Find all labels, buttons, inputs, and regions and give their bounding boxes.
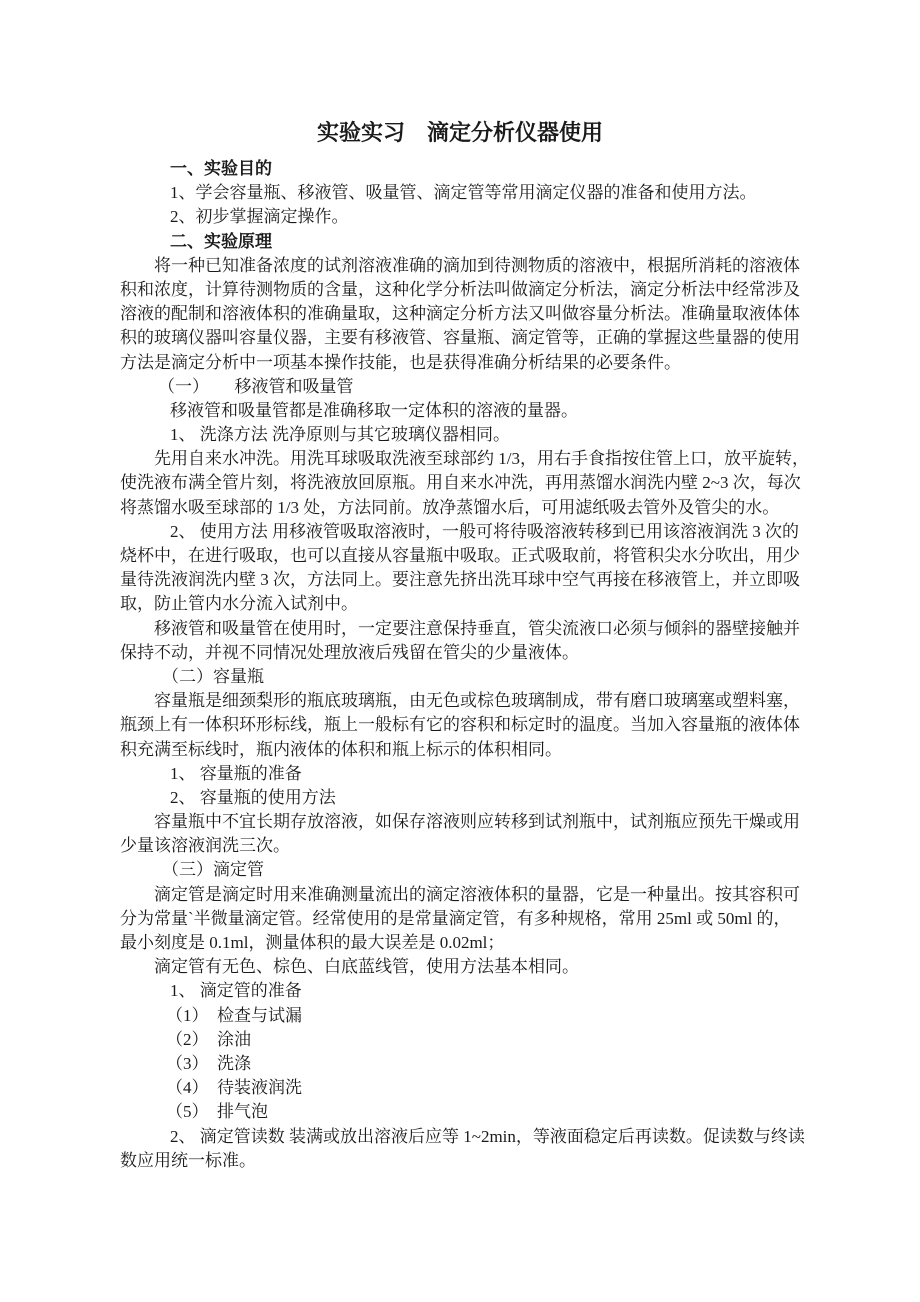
text-line: 烧杯中，在进行吸取，也可以直接从容量瓶中吸取。正式吸取前，将管积尖水分吹出，用少 (120, 544, 796, 568)
text-line: 少量该溶液润洗三次。 (120, 834, 796, 858)
text-line: 数应用统一标准。 (120, 1149, 796, 1173)
text-line: 使洗液布满全管片刻，将洗液放回原瓶。用自来水冲洗，再用蒸馏水润洗内壁 2~3 次… (120, 471, 796, 495)
text-line: 保持不动，并视不同情况处理放液后残留在管尖的少量液体。 (120, 641, 796, 665)
text-line: 先用自来水冲洗。用洗耳球吸取洗液至球部约 1/3，用右手食指按住管上口，放平旋转… (154, 447, 796, 471)
document-title: 实验实习 滴定分析仪器使用 (0, 118, 920, 148)
section-heading: 一、实验目的 (170, 157, 796, 181)
text-line: 瓶颈上有一体积环形标线，瓶上一般标有它的容积和标定时的温度。当加入容量瓶的液体体 (120, 713, 796, 737)
text-line: 2、 容量瓶的使用方法 (170, 786, 796, 810)
text-line: 分为常量`半微量滴定管。经常使用的是常量滴定管，有多种规格，常用 25ml 或 … (120, 907, 796, 931)
text-line: （4） 待装液润洗 (166, 1076, 796, 1100)
text-line: 溶液的配制和溶液体积的准确量取，这种滴定分析方法又叫做容量分析法。准确量取液体体 (120, 302, 796, 326)
text-line: 将蒸馏水吸至球部的 1/3 处，方法同前。放净蒸馏水后，可用滤纸吸去管外及管尖的… (120, 496, 796, 520)
section-heading: 二、实验原理 (170, 230, 796, 254)
text-line: 方法是滴定分析中一项基本操作技能，也是获得准确分析结果的必要条件。 (120, 351, 796, 375)
text-line: 滴定管有无色、棕色、白底蓝线管，使用方法基本相同。 (154, 955, 796, 979)
text-line: 容量瓶是细颈梨形的瓶底玻璃瓶，由无色或棕色玻璃制成，带有磨口玻璃塞或塑料塞， (154, 689, 796, 713)
text-line: 2、 滴定管读数 装满或放出溶液后应等 1~2min，等液面稳定后再读数。促读数… (170, 1125, 796, 1149)
text-line: 积和浓度，计算待测物质的含量，这种化学分析法叫做滴定分析法，滴定分析法中经常涉及 (120, 278, 796, 302)
text-line: （2） 涂油 (166, 1028, 796, 1052)
text-line: 移液管和吸量管都是准确移取一定体积的溶液的量器。 (170, 399, 796, 423)
text-line: 移液管和吸量管在使用时，一定要注意保持垂直，管尖流液口必须与倾斜的器壁接触并 (154, 617, 796, 641)
text-line: 滴定管是滴定时用来准确测量流出的滴定溶液体积的量器，它是一种量出。按其容积可 (154, 883, 796, 907)
text-line: （一） 移液管和吸量管 (158, 375, 796, 399)
text-line: （三）滴定管 (162, 858, 796, 882)
text-line: 积充满至标线时，瓶内液体的体积和瓶上标示的体积相同。 (120, 738, 796, 762)
text-line: 2、初步掌握滴定操作。 (170, 205, 796, 229)
text-line: 将一种已知准备浓度的试剂溶液准确的滴加到待测物质的溶液中，根据所消耗的溶液体 (154, 254, 796, 278)
text-line: 1、 滴定管的准备 (170, 979, 796, 1003)
text-line: 量待洗液润洗内壁 3 次，方法同上。要注意先挤出洗耳球中空气再接在移液管上，并立… (120, 568, 796, 592)
text-line: （3） 洗涤 (166, 1052, 796, 1076)
document-body: 一、实验目的1、学会容量瓶、移液管、吸量管、滴定管等常用滴定仪器的准备和使用方法… (120, 157, 796, 1173)
text-line: 2、 使用方法 用移液管吸取溶液时，一般可将待吸溶液转移到已用该溶液润洗 3 次… (170, 520, 796, 544)
text-line: 最小刻度是 0.1ml，测量体积的最大误差是 0.02ml； (120, 931, 796, 955)
text-line: 取，防止管内水分流入试剂中。 (120, 592, 796, 616)
text-line: 容量瓶中不宜长期存放溶液，如保存溶液则应转移到试剂瓶中，试剂瓶应预先干燥或用 (154, 810, 796, 834)
text-line: （1） 检查与试漏 (166, 1004, 796, 1028)
text-line: 1、 洗涤方法 洗净原则与其它玻璃仪器相同。 (170, 423, 796, 447)
text-line: （二）容量瓶 (162, 665, 796, 689)
text-line: 积的玻璃仪器叫容量仪器，主要有移液管、容量瓶、滴定管等，正确的掌握这些量器的使用 (120, 326, 796, 350)
text-line: 1、学会容量瓶、移液管、吸量管、滴定管等常用滴定仪器的准备和使用方法。 (170, 181, 796, 205)
text-line: 1、 容量瓶的准备 (170, 762, 796, 786)
text-line: （5） 排气泡 (166, 1100, 796, 1124)
document-page: 实验实习 滴定分析仪器使用 一、实验目的1、学会容量瓶、移液管、吸量管、滴定管等… (0, 0, 920, 1302)
